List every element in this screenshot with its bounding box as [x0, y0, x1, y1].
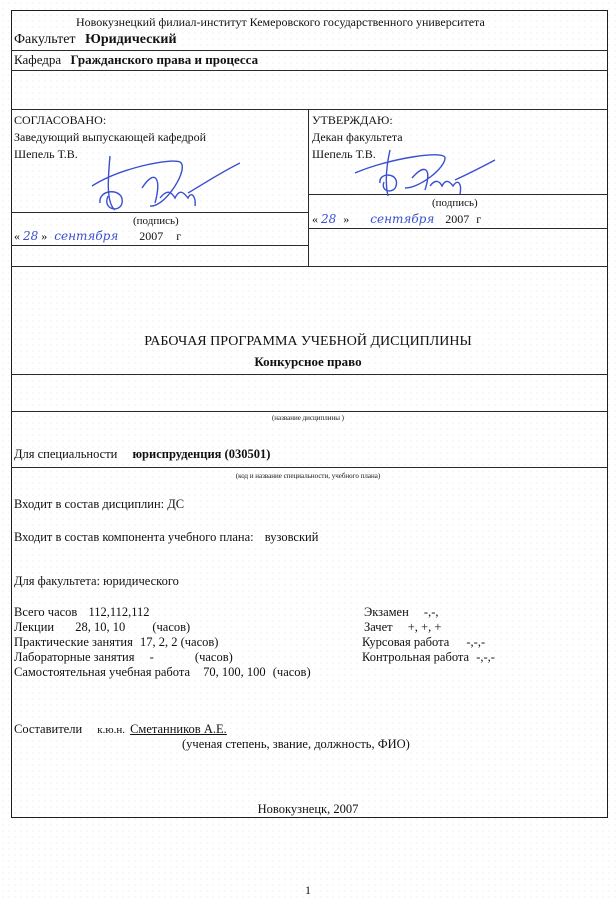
approval-date-left: « 28 » сентября 2007 г	[14, 229, 181, 243]
assessment-value: -,-,	[424, 605, 439, 619]
page-number: 1	[0, 883, 616, 897]
date-year: 2007	[445, 212, 469, 226]
test-work-row: Контрольная работа -,-,-	[362, 650, 495, 664]
component-value: вузовский	[265, 530, 319, 544]
signature-caption-right: (подпись)	[432, 197, 478, 209]
divider	[11, 411, 608, 412]
hours-label: Всего часов	[14, 605, 77, 619]
hours-total: Всего часов 112,112,112	[14, 605, 150, 619]
author-degree: к.ю.н.	[97, 724, 125, 736]
approval-date-right: « 28 » сентября 2007 г	[312, 212, 481, 226]
hours-unit: (часов)	[273, 665, 311, 679]
hours-lectures: Лекции 28, 10, 10 (часов)	[14, 620, 190, 634]
hours-label: Лекции	[14, 620, 54, 634]
assessment-value: -,-,-	[466, 635, 485, 649]
signature-right	[350, 148, 500, 198]
date-year: 2007	[139, 229, 163, 243]
date-suffix: г	[476, 212, 481, 226]
document-title: РАБОЧАЯ ПРОГРАММА УЧЕБНОЙ ДИСЦИПЛИНЫ	[0, 334, 616, 350]
hours-value: 70, 100, 100	[203, 665, 266, 679]
authors-label: Составители	[14, 722, 82, 736]
approver-name: Шепель Т.В.	[14, 147, 78, 161]
hours-unit: (часов)	[152, 620, 190, 634]
quote-open: «	[312, 212, 318, 226]
assessment-value: +, +, +	[408, 620, 442, 634]
author-name: Сметанников А.Е.	[130, 722, 227, 736]
quote-close: »	[41, 229, 47, 243]
divider	[11, 50, 608, 51]
hours-label: Практические занятия	[14, 635, 133, 649]
department-row: Кафедра Гражданского права и процесса	[14, 53, 258, 67]
date-day: 28	[23, 229, 38, 243]
faculty-value: Юридический	[85, 32, 176, 47]
column-divider	[308, 109, 309, 266]
hours-label: Лабораторные занятия	[14, 650, 135, 664]
approver-position: Заведующий выпускающей кафедрой	[14, 130, 206, 144]
hours-value: 112,112,112	[88, 605, 149, 619]
specialty-caption: (код и название специальности, учебного …	[0, 472, 616, 481]
assessment-value: -,-,-	[476, 650, 495, 664]
discipline-caption: (название дисциплины )	[0, 414, 616, 423]
authors-caption: (ученая степень, звание, должность, ФИО)	[182, 737, 410, 751]
date-suffix: г	[176, 229, 181, 243]
divider	[11, 467, 608, 468]
component-row: Входит в состав компонента учебного план…	[14, 530, 318, 544]
divider	[11, 266, 608, 267]
divider	[11, 374, 608, 375]
department-label: Кафедра	[14, 52, 61, 67]
date-month: сентября	[54, 229, 118, 243]
dean-position: Декан факультета	[312, 130, 403, 144]
disciplines-line: Входит в состав дисциплин: ДС	[14, 497, 184, 511]
assessment-label: Зачет	[364, 620, 393, 634]
faculty-line: Для факультета: юридического	[14, 574, 179, 588]
discipline-name: Конкурсное право	[0, 355, 616, 369]
specialty-value: юриспруденция (030501)	[132, 447, 270, 461]
divider	[308, 228, 608, 229]
coursework-row: Курсовая работа -,-,-	[362, 635, 485, 649]
faculty-label: Факультет	[14, 32, 76, 47]
divider	[11, 70, 608, 71]
approve-heading: УТВЕРЖДАЮ:	[312, 113, 393, 127]
date-day: 28	[321, 212, 336, 226]
assessment-label: Экзамен	[364, 605, 409, 619]
signature-left	[80, 148, 240, 218]
hours-practical: Практические занятия 17, 2, 2 (часов)	[14, 635, 218, 649]
credit-row: Зачет +, +, +	[364, 620, 441, 634]
approved-heading: СОГЛАСОВАНО:	[14, 113, 106, 127]
hours-value: -	[150, 650, 154, 664]
specialty-label: Для специальности	[14, 447, 117, 461]
hours-self-study: Самостоятельная учебная работа 70, 100, …	[14, 665, 311, 679]
hours-lab: Лабораторные занятия - (часов)	[14, 650, 233, 664]
exam-row: Экзамен -,-,	[364, 605, 439, 619]
institution-name: Новокузнецкий филиал-институт Кемеровско…	[76, 15, 485, 29]
assessment-label: Контрольная работа	[362, 650, 469, 664]
hours-value: 17, 2, 2	[140, 635, 178, 649]
authors-row: Составители к.ю.н. Сметанников А.Е.	[14, 722, 227, 737]
specialty-row: Для специальности юриспруденция (030501)	[14, 447, 270, 461]
department-value: Гражданского права и процесса	[70, 52, 258, 67]
component-label: Входит в состав компонента учебного план…	[14, 530, 254, 544]
hours-unit: (часов)	[181, 635, 219, 649]
signature-caption-left: (подпись)	[133, 215, 179, 227]
assessment-label: Курсовая работа	[362, 635, 449, 649]
faculty-row: Факультет Юридический	[14, 32, 177, 48]
date-month: сентября	[370, 212, 434, 226]
hours-unit: (часов)	[195, 650, 233, 664]
divider	[11, 245, 308, 246]
hours-label: Самостоятельная учебная работа	[14, 665, 190, 679]
quote-close: »	[343, 212, 349, 226]
quote-open: «	[14, 229, 20, 243]
hours-value: 28, 10, 10	[75, 620, 125, 634]
city-year: Новокузнецк, 2007	[0, 802, 616, 816]
divider	[11, 109, 608, 110]
